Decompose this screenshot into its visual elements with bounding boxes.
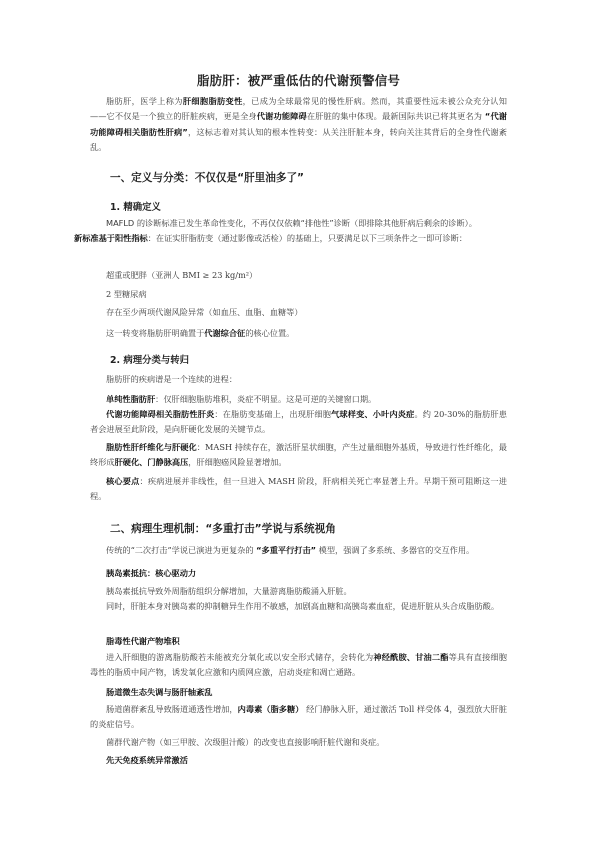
document-title: 脂肪肝：被严重低估的代谢预警信号 <box>90 71 507 89</box>
text: ：疾病进展并非线性，但一旦进入 MASH 阶段，肝病相关死亡率显著上升。早期干预… <box>90 476 507 501</box>
criteria-item: 2 型糖尿病 <box>106 289 147 300</box>
stage-mash: 代谢功能障碍相关脂肪性肝炎：在脂肪变基础上，出现肝细胞气球样变、小叶内炎症。约 … <box>90 407 507 438</box>
mechanism-lead: 传统的“二次打击”学说已演进为更复杂的 “多重平行打击” 模型，强调了多系统、多… <box>106 545 474 556</box>
text: 肠道菌群紊乱导致肠道通透性增加， <box>106 704 238 714</box>
criteria-item: 存在至少两项代谢风险异常（如血压、血脂、血糖等） <box>106 307 303 318</box>
section-heading-2: 二、病理生理机制：“多重打击”学说与系统视角 <box>110 521 336 536</box>
lipotoxicity-paragraph: 进入肝细胞的游离脂肪酸若未能被充分氧化或以安全形式储存，会转化为神经酰胺、甘油二… <box>90 650 507 681</box>
subsection-heading-definition: 1. 精确定义 <box>110 199 161 213</box>
bold-term: 神经酰胺、甘油二酯 <box>373 652 448 662</box>
classification-lead: 脂肪肝的疾病谱是一个连续的进程： <box>106 374 237 385</box>
text: ，肝细胞癌风险显著增加。 <box>188 457 286 467</box>
text: ：仅肝细胞脂肪堆积，炎症不明显。这是可逆的关键窗口期。 <box>155 394 376 404</box>
mechanism-heading-lipotoxicity: 脂毒性代谢产物堆积 <box>106 636 180 647</box>
text: 传统的“二次打击”学说已演进为更复杂的 <box>106 545 256 555</box>
bold-term: 内毒素（脂多糖） <box>238 704 304 714</box>
text: 在肝脏的集中体现。最新国际共识已将其更名为 <box>307 111 485 121</box>
bold-term: 代谢功能障碍相关脂肪性肝炎 <box>106 409 214 419</box>
mechanism-heading-insulin: 胰岛素抵抗：核心驱动力 <box>106 568 196 579</box>
gut-liver-paragraph-1: 肠道菌群紊乱导致肠道通透性增加，内毒素（脂多糖） 经门静脉入肝，通过激活 Tol… <box>90 702 507 733</box>
text: MAFLD 的诊断标准已发生革命性变化，不再仅仅依赖“排他性”诊断（即排除其他肝… <box>106 218 477 228</box>
bold-term: 新标准基于阳性指标 <box>74 233 148 243</box>
bold-term: 单纯性脂肪肝 <box>106 394 155 404</box>
text: 模型，强调了多系统、多器官的交互作用。 <box>316 545 474 555</box>
definition-paragraph: MAFLD 的诊断标准已发生革命性变化，不再仅仅依赖“排他性”诊断（即排除其他肝… <box>90 216 507 247</box>
bold-term: 代谢功能障碍 <box>257 111 307 121</box>
criteria-item: 超重或肥胖（亚洲人 BMI ≥ 23 kg/m²） <box>106 270 257 281</box>
text: 这一转变将脂肪肝明确置于 <box>106 328 204 338</box>
bold-term: 肝细胞脂肪变性 <box>183 96 243 106</box>
insulin-paragraph-2: 同时，肝脏本身对胰岛素的抑制糖异生作用不敏感，加剧高血糖和高胰岛素血症，促进肝脏… <box>90 599 507 614</box>
key-point: 核心要点：疾病进展并非线性，但一旦进入 MASH 阶段，肝病相关死亡率显著上升。… <box>90 474 507 505</box>
mechanism-heading-gut-liver: 肠道微生态失调与肠肝轴紊乱 <box>106 687 212 698</box>
text: ：在证实肝脂肪变（通过影像或活检）的基础上，只要满足以下三项条件之一即可诊断： <box>148 233 467 243</box>
bold-term: 肝硬化、门静脉高压 <box>115 457 189 467</box>
text: ：在脂肪变基础上，出现肝细胞 <box>214 409 331 419</box>
insulin-paragraph-1: 胰岛素抵抗导致外周脂肪组织分解增加，大量游离脂肪酸涌入肝脏。 <box>106 586 352 597</box>
gut-liver-paragraph-2: 菌群代谢产物（如三甲胺、次级胆汁酸）的改变也直接影响肝脏代谢和炎症。 <box>106 737 384 748</box>
section-heading-1: 一、定义与分类：不仅仅是“肝里油多了” <box>110 170 304 185</box>
stage-fibrosis: 脂肪性肝纤维化与肝硬化：MASH 持续存在，激活肝星状细胞，产生过量细胞外基质，… <box>90 440 507 471</box>
bold-term: 代谢综合征 <box>204 328 245 338</box>
subsection-heading-classification: 2. 病理分类与转归 <box>110 352 189 366</box>
text: 的核心位置。 <box>245 328 294 338</box>
text: 进入肝细胞的游离脂肪酸若未能被充分氧化或以安全形式储存，会转化为 <box>106 652 373 662</box>
stage-simple-steatosis: 单纯性脂肪肝：仅肝细胞脂肪堆积，炎症不明显。这是可逆的关键窗口期。 <box>106 394 376 405</box>
bold-term: 气球样变、小叶内炎症 <box>331 409 414 419</box>
bold-term: 核心要点 <box>106 476 140 486</box>
definition-conclusion: 这一转变将脂肪肝明确置于代谢综合征的核心位置。 <box>106 328 294 339</box>
intro-paragraph: 脂肪肝，医学上称为肝细胞脂肪变性，已成为全球最常见的慢性肝病。然而，其重要性远未… <box>90 94 507 156</box>
mechanism-heading-innate-immunity: 先天免疫系统异常激活 <box>106 755 188 766</box>
text: 脂肪肝，医学上称为 <box>106 96 183 106</box>
bold-term: 脂肪性肝纤维化与肝硬化 <box>106 442 197 452</box>
bold-term: “多重平行打击” <box>256 545 316 555</box>
